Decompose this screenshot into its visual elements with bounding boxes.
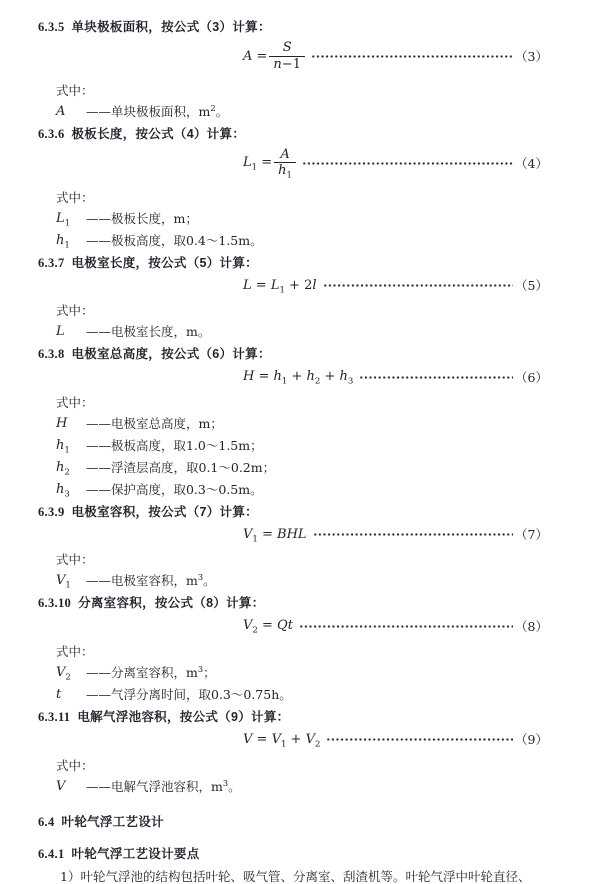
symbol-definition: h1——极板高度，取0.4～1.5m。	[56, 230, 548, 252]
where-label: 式中：	[56, 549, 548, 570]
formula-row-9: V = V1 + V2（9）	[243, 732, 548, 748]
formula-expression: V2 = Qt	[243, 618, 293, 634]
dot-leader	[311, 51, 513, 62]
formula-tokens: H = h1 + h2 + h3	[243, 369, 353, 385]
where-label: 式中：	[56, 300, 548, 321]
equation-number: （3）	[515, 49, 548, 64]
symbol: A	[56, 101, 86, 123]
symbol-description: ——极板长度，m；	[86, 208, 548, 230]
symbol: L1	[56, 208, 86, 230]
formula-tokens: L1 =	[243, 155, 272, 171]
symbol-definition: L——电极室长度，m。	[56, 321, 548, 343]
symbol-description: ——电解气浮池容积，m3。	[86, 776, 548, 798]
symbol-definition: H——电极室总高度，m；	[56, 413, 548, 435]
formula-expression: H = h1 + h2 + h3	[243, 369, 353, 385]
formula-tokens: V1 = BHL	[243, 527, 307, 543]
fraction-numerator: A	[274, 147, 296, 163]
symbol-definition: L1——极板长度，m；	[56, 208, 548, 230]
clause-title: 电解气浮池容积，按公式（9）计算：	[77, 710, 289, 724]
symbol: t	[56, 684, 86, 706]
clause-title: 电极室总高度，按公式（6）计算：	[72, 347, 271, 361]
section-heading-6-4-1: 6.4.1叶轮气浮工艺设计要点	[38, 845, 548, 864]
clause-heading-6-3-9: 6.3.9电极室容积，按公式（7）计算：	[38, 503, 548, 522]
clause-number: 6.3.7	[38, 256, 65, 270]
fraction: Ah1	[274, 147, 296, 180]
clause-title: 叶轮气浮工艺设计	[62, 815, 164, 829]
formula-expression: L = L1 + 2l	[243, 278, 317, 294]
clause-number: 6.4	[38, 815, 55, 829]
symbol-definition: h1——极板高度，取1.0～1.5m；	[56, 435, 548, 457]
formula-tokens: V2 = Qt	[243, 618, 293, 634]
clause-title: 单块极板面积，按公式（3）计算：	[72, 20, 271, 34]
dot-leader	[323, 280, 514, 291]
symbol: L	[56, 321, 86, 343]
clause-heading-6-3-7: 6.3.7电极室长度，按公式（5）计算：	[38, 254, 548, 273]
formula-row-6: H = h1 + h2 + h3（6）	[243, 369, 548, 385]
clause-heading-6-3-11: 6.3.11电解气浮池容积，按公式（9）计算：	[38, 708, 548, 727]
formula-tokens: V = V1 + V2	[243, 732, 320, 748]
clause-title: 叶轮气浮工艺设计要点	[72, 847, 200, 861]
clause-number: 6.3.6	[38, 127, 65, 141]
dot-leader	[299, 621, 513, 632]
symbol-definition: A——单块极板面积，m2。	[56, 101, 548, 123]
symbol-definition: V2——分离室容积，m3；	[56, 662, 548, 684]
symbol-description: ——气浮分离时间，取0.3～0.75h。	[86, 684, 548, 706]
clause-number: 6.3.5	[38, 20, 65, 34]
symbol-description: ——单块极板面积，m2。	[86, 101, 548, 123]
where-label: 式中：	[56, 755, 548, 776]
formula-row-8: V2 = Qt（8）	[243, 618, 548, 634]
fraction-numerator: S	[269, 40, 305, 56]
fraction: Sn−1	[269, 40, 305, 73]
fraction-denominator: n−1	[269, 56, 305, 73]
fraction-denominator: h1	[274, 162, 296, 179]
symbol-description: ——电极室长度，m。	[86, 321, 548, 343]
symbol-description: ——电极室容积，m3。	[86, 570, 548, 592]
clause-heading-6-3-5: 6.3.5单块极板面积，按公式（3）计算：	[38, 18, 548, 37]
dot-leader	[326, 734, 513, 745]
equation-number: （6）	[515, 370, 548, 385]
dot-leader	[313, 529, 513, 540]
symbol-definition: h2——浮渣层高度，取0.1～0.2m；	[56, 457, 548, 479]
symbol: h2	[56, 457, 86, 479]
where-label: 式中：	[56, 80, 548, 101]
symbol-definition: V——电解气浮池容积，m3。	[56, 776, 548, 798]
symbol-description: ——分离室容积，m3；	[86, 662, 548, 684]
clause-number: 6.3.10	[38, 596, 71, 610]
symbol-description: ——电极室总高度，m；	[86, 413, 548, 435]
dot-leader	[359, 372, 513, 383]
symbol-definition: V1——电极室容积，m3。	[56, 570, 548, 592]
clause-heading-6-3-6: 6.3.6极板长度，按公式（4）计算：	[38, 125, 548, 144]
equation-number: （5）	[515, 278, 548, 293]
clause-title: 极板长度，按公式（4）计算：	[72, 127, 246, 141]
clause-number: 6.3.8	[38, 347, 65, 361]
symbol: h3	[56, 479, 86, 501]
clause-number: 6.3.9	[38, 505, 65, 519]
dot-leader	[302, 158, 513, 169]
symbol-description: ——极板高度，取1.0～1.5m；	[86, 435, 548, 457]
symbol-description: ——保护高度，取0.3～0.5m。	[86, 479, 548, 501]
paragraph: 1）叶轮气浮池的结构包括叶轮、吸气管、分离室、刮渣机等。叶轮气浮中叶轮直径、	[38, 867, 548, 884]
symbol-description: ——浮渣层高度，取0.1～0.2m；	[86, 457, 548, 479]
clause-title: 分离室容积，按公式（8）计算：	[78, 596, 264, 610]
equation-number: （8）	[515, 619, 548, 634]
symbol: H	[56, 413, 86, 435]
equation-number: （9）	[515, 732, 548, 747]
clause-title: 电极室长度，按公式（5）计算：	[72, 256, 258, 270]
formula-row-5: L = L1 + 2l（5）	[243, 278, 548, 294]
formula-tokens: A =	[243, 49, 267, 65]
where-label: 式中：	[56, 641, 548, 662]
where-label: 式中：	[56, 392, 548, 413]
section-heading-6-4: 6.4叶轮气浮工艺设计	[38, 813, 548, 832]
formula-expression: A = Sn−1	[243, 40, 305, 73]
symbol: V1	[56, 570, 86, 592]
symbol-description: ——极板高度，取0.4～1.5m。	[86, 230, 548, 252]
symbol: V	[56, 776, 86, 798]
symbol: V2	[56, 662, 86, 684]
formula-row-3: A = Sn−1（3）	[243, 40, 548, 73]
formula-tokens: L = L1 + 2l	[243, 278, 317, 294]
equation-number: （4）	[515, 156, 548, 171]
clause-heading-6-3-10: 6.3.10分离室容积，按公式（8）计算：	[38, 594, 548, 613]
formula-expression: V1 = BHL	[243, 527, 307, 543]
equation-number: （7）	[515, 527, 548, 542]
document-page: 6.3.5单块极板面积，按公式（3）计算：A = Sn−1（3）式中：A——单块…	[0, 0, 590, 884]
formula-row-4: L1 = Ah1（4）	[243, 147, 548, 180]
symbol-definition: t——气浮分离时间，取0.3～0.75h。	[56, 684, 548, 706]
formula-expression: L1 = Ah1	[243, 147, 296, 180]
symbol: h1	[56, 230, 86, 252]
clause-title: 电极室容积，按公式（7）计算：	[72, 505, 258, 519]
clause-number: 6.3.11	[38, 710, 70, 724]
where-label: 式中：	[56, 187, 548, 208]
symbol: h1	[56, 435, 86, 457]
formula-expression: V = V1 + V2	[243, 732, 320, 748]
symbol-definition: h3——保护高度，取0.3～0.5m。	[56, 479, 548, 501]
clause-number: 6.4.1	[38, 847, 65, 861]
formula-row-7: V1 = BHL（7）	[243, 527, 548, 543]
clause-heading-6-3-8: 6.3.8电极室总高度，按公式（6）计算：	[38, 345, 548, 364]
